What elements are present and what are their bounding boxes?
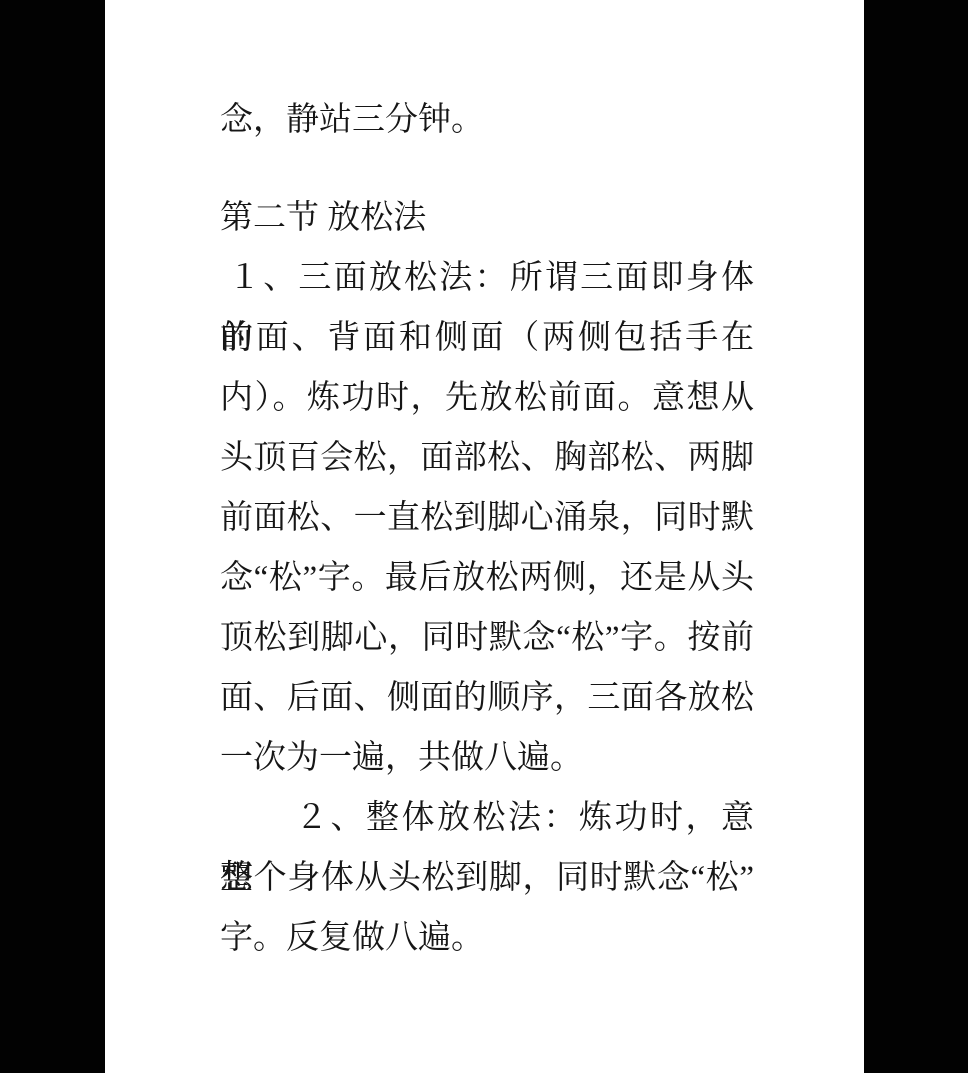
paragraph-line: 前面松、一直松到脚心涌泉，同时默 — [220, 488, 754, 548]
paragraph-line: ２、整体放松法：炼功时，意想 — [220, 788, 754, 848]
paragraph-line: 头顶百会松，面部松、胸部松、两脚 — [220, 428, 754, 488]
text-block: 念，静站三分钟。 第二节 放松法 １、三面放松法：所谓三面即身体的 前面、背面和… — [220, 90, 754, 968]
right-black-border — [864, 0, 968, 1073]
paragraph-line: 内）。炼功时，先放松前面。意想从 — [220, 368, 754, 428]
paragraph-line: １、三面放松法：所谓三面即身体的 — [220, 248, 754, 308]
paragraph-line: 整个身体从头松到脚，同时默念“松” — [220, 848, 754, 908]
continuation-text-line: 念，静站三分钟。 — [220, 90, 754, 150]
paragraph-line: 一次为一遍，共做八遍。 — [220, 728, 754, 788]
document-page: 念，静站三分钟。 第二节 放松法 １、三面放松法：所谓三面即身体的 前面、背面和… — [105, 0, 864, 1073]
paragraph-three-sided-relaxation: １、三面放松法：所谓三面即身体的 前面、背面和侧面（两侧包括手在 内）。炼功时，… — [220, 248, 754, 788]
paragraph-line: 前面、背面和侧面（两侧包括手在 — [220, 308, 754, 368]
paragraph-line: 面、后面、侧面的顺序，三面各放松 — [220, 668, 754, 728]
paragraph-line: 念“松”字。最后放松两侧，还是从头 — [220, 548, 754, 608]
left-black-border — [0, 0, 105, 1073]
paragraph-whole-body-relaxation: ２、整体放松法：炼功时，意想 整个身体从头松到脚，同时默念“松” 字。反复做八遍… — [220, 788, 754, 968]
paragraph-line: 字。反复做八遍。 — [220, 908, 754, 968]
paragraph-line: 顶松到脚心，同时默念“松”字。按前 — [220, 608, 754, 668]
section-heading: 第二节 放松法 — [220, 188, 754, 248]
